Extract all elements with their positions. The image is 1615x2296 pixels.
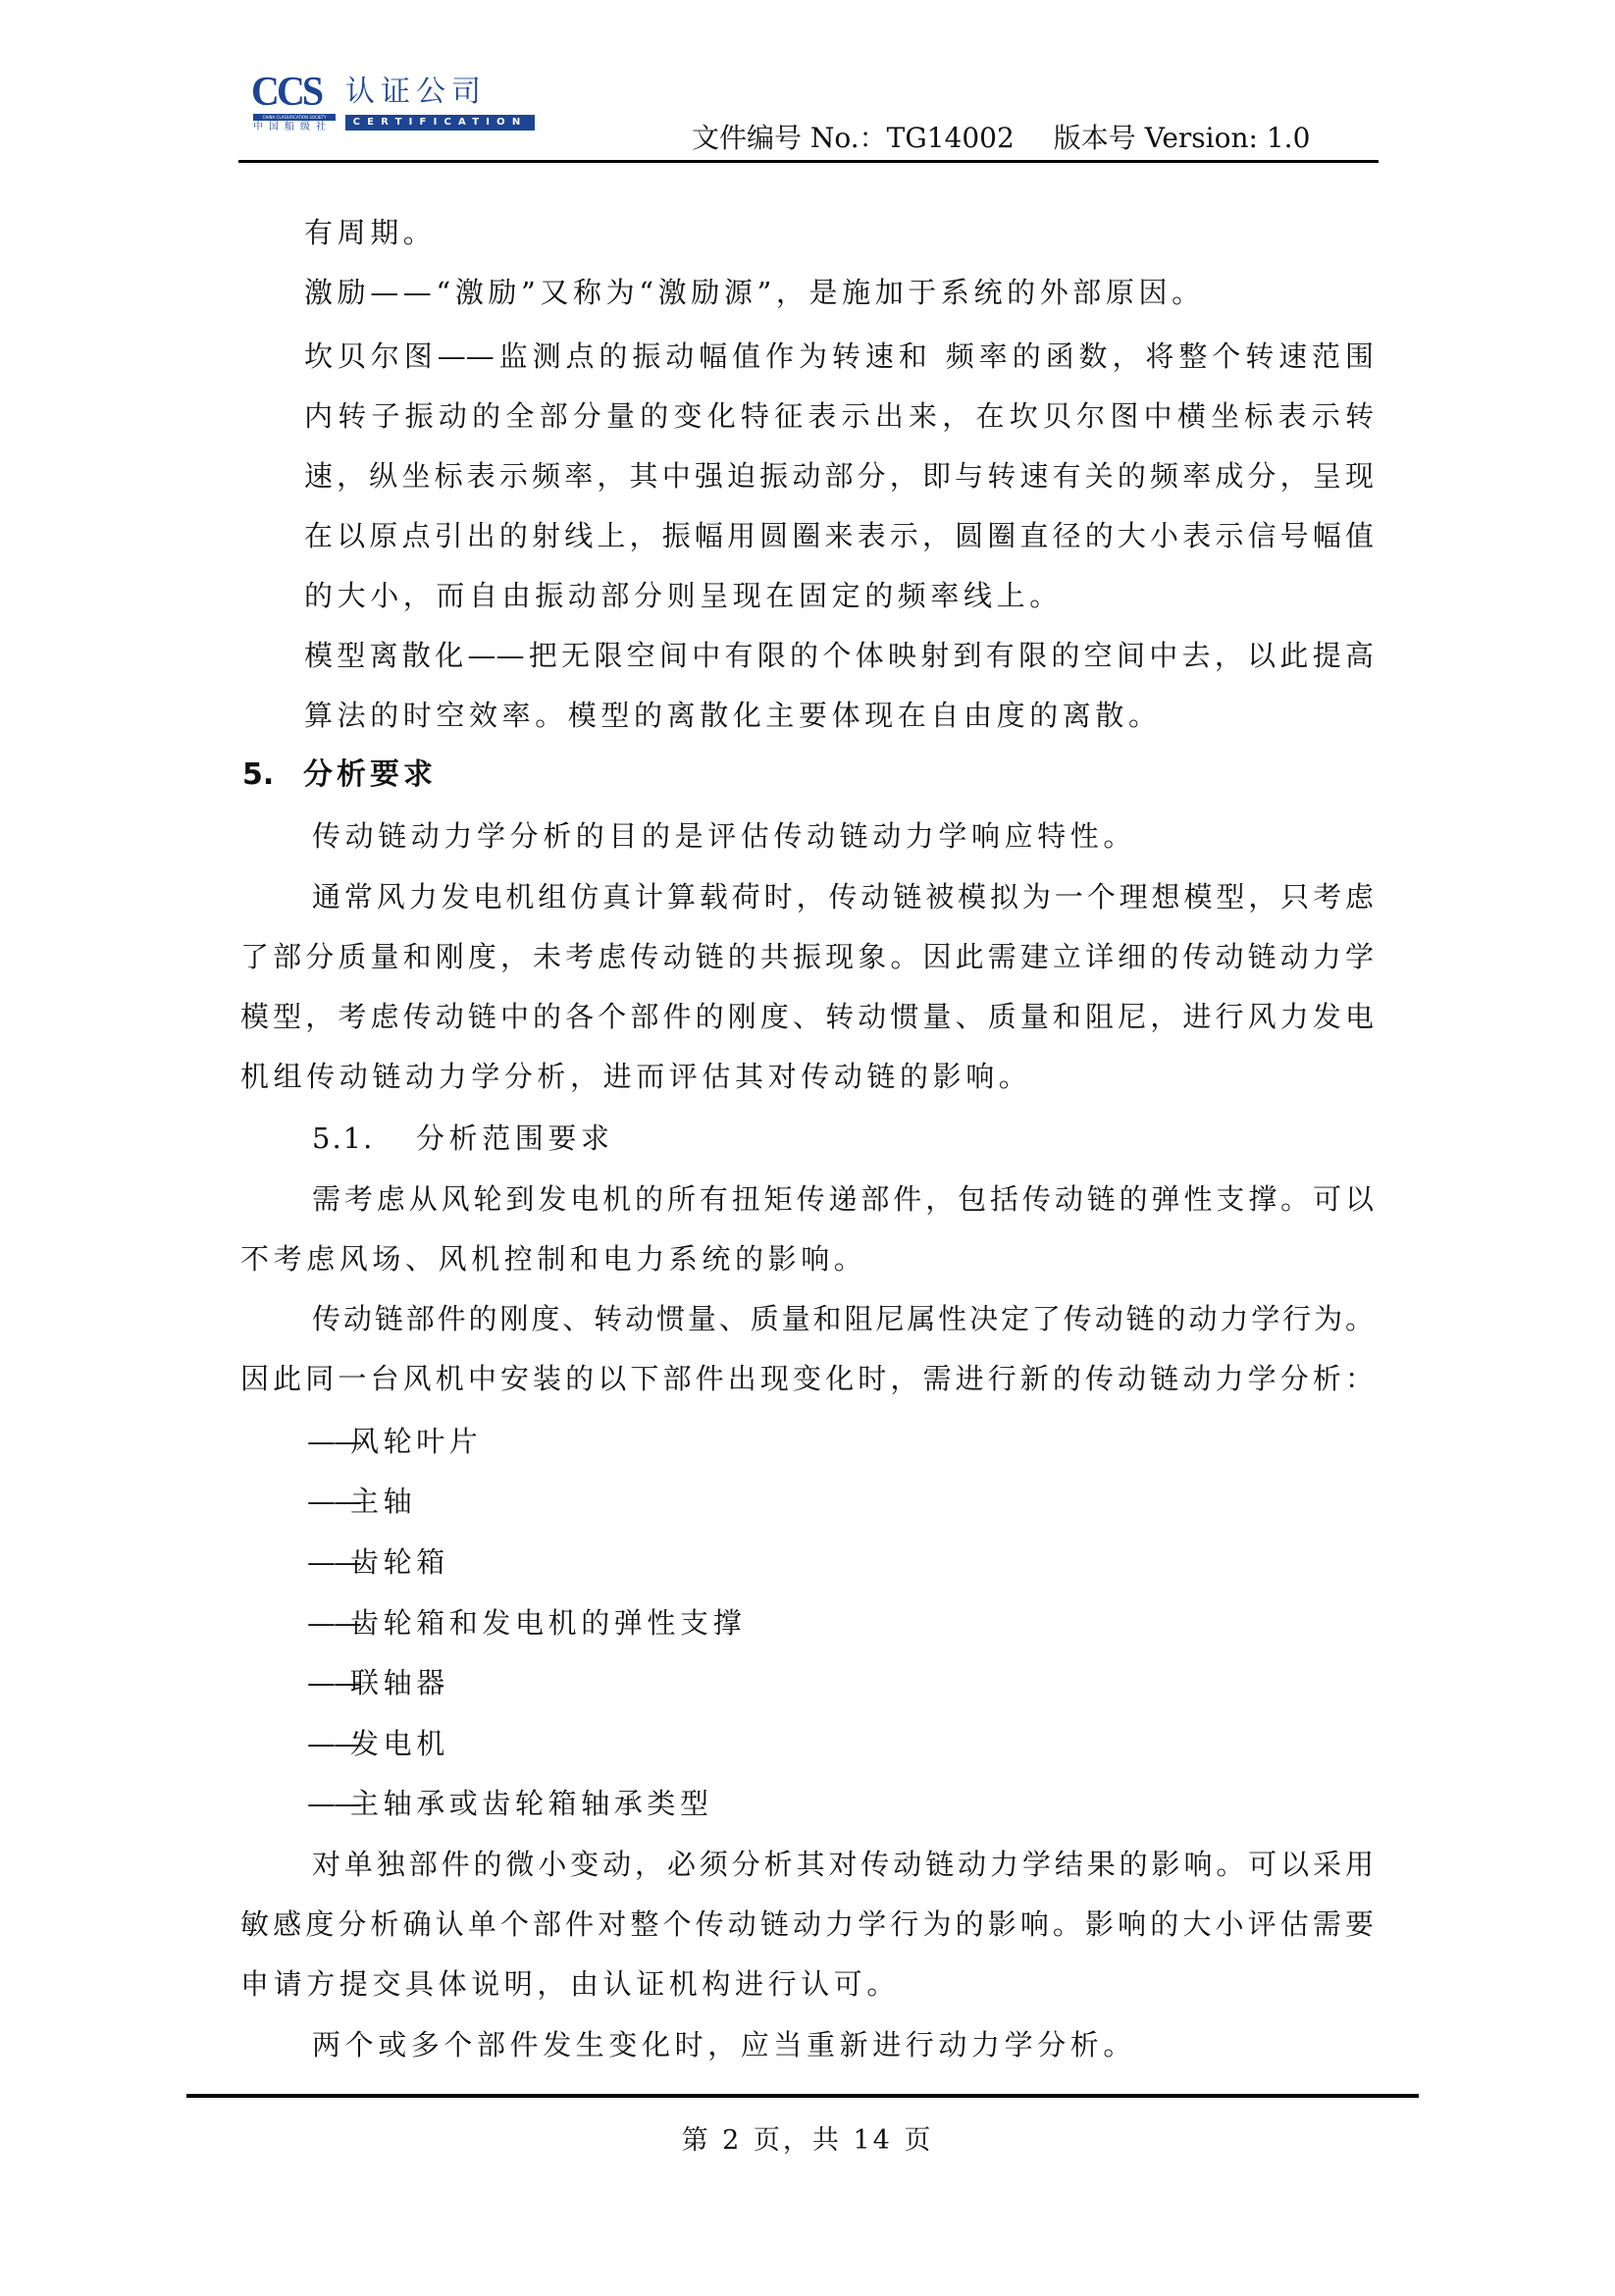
document-meta: 文件编号 No.：TG14002版本号 Version: 1.0 (692, 122, 1379, 155)
subsection-number: 5.1. (312, 1119, 416, 1158)
page-number: 第 2 页，共 14 页 (0, 2123, 1615, 2159)
paragraph-line: 有周期。 (304, 213, 436, 252)
list-item-text: 主轴承或齿轮箱轴承类型 (350, 1787, 713, 1820)
list-item-text: 发电机 (350, 1727, 449, 1760)
paragraph-line: 模型，考虑传动链中的各个部件的刚度、转动惯量、质量和阻尼，进行风力发电 (240, 997, 1374, 1036)
dash-bullet: —— (307, 1663, 350, 1702)
version-label: 版本号 Version: (1054, 122, 1258, 154)
header-divider (238, 160, 1379, 163)
dash-bullet: —— (307, 1603, 350, 1643)
dash-bullet: —— (307, 1784, 350, 1823)
list-item-text: 主轴 (350, 1485, 416, 1518)
section-5-1-heading: 5.1.分析范围要求 (312, 1119, 614, 1158)
doc-no-label: 文件编号 No.： (692, 122, 887, 154)
list-item: ——齿轮箱 (307, 1542, 449, 1582)
definition-campbell-line-3: 速，纵坐标表示频率，其中强迫振动部分，即与转速有关的频率成分，呈现 (304, 456, 1374, 496)
document-page: CCS CHINA CLASSIFICATION SOCIETY 中国船级社 认… (0, 0, 1615, 2296)
list-item: ——联轴器 (307, 1663, 449, 1702)
paragraph-line: 两个或多个部件发生变化时，应当重新进行动力学分析。 (312, 2025, 1136, 2064)
society-chinese-name: 中国船级社 (253, 122, 336, 133)
paragraph-line: 通常风力发电机组仿真计算载荷时，传动链被模拟为一个理想模型，只考虑 (312, 877, 1374, 916)
section-title: 分析要求 (303, 757, 437, 792)
definition-discretization-line-1: 模型离散化——把无限空间中有限的个体映射到有限的空间中去，以此提高 (304, 636, 1374, 675)
doc-no-value: TG14002 (887, 122, 1015, 154)
list-item: ——发电机 (307, 1724, 449, 1763)
paragraph-line: 申请方提交具体说明，由认证机构进行认可。 (240, 1964, 900, 2004)
paragraph-line: 对单独部件的微小变动，必须分析其对传动链动力学结果的影响。可以采用 (312, 1845, 1374, 1884)
paragraph-line: 不考虑风场、风机控制和电力系统的影响。 (240, 1239, 866, 1278)
paragraph-line: 机组传动链动力学分析，进而评估其对传动链的影响。 (240, 1057, 1031, 1096)
definition-campbell-line-4: 在以原点引出的射线上，振幅用圆圈来表示，圆圈直径的大小表示信号幅值 (304, 516, 1374, 555)
ccs-logo-mark: CCS (251, 75, 321, 110)
subsection-title: 分析范围要求 (416, 1122, 614, 1155)
paragraph-line: 传动链动力学分析的目的是评估传动链动力学响应特性。 (312, 816, 1136, 856)
definition-campbell-line-1: 坎贝尔图——监测点的振动幅值作为转速和 频率的函数，将整个转速范围 (304, 337, 1374, 376)
dash-bullet: —— (307, 1482, 350, 1521)
paragraph-line: 需考虑从风轮到发电机的所有扭矩传递部件，包括传动链的弹性支撑。可以 (312, 1179, 1374, 1219)
list-item-text: 齿轮箱 (350, 1545, 449, 1579)
footer-divider (186, 2094, 1419, 2098)
company-chinese-name: 认证公司 (345, 77, 487, 108)
section-number: 5. (242, 756, 303, 795)
certification-bar: CERTIFICATION (345, 115, 535, 130)
definition-campbell-line-2: 内转子振动的全部分量的变化特征表示出来，在坎贝尔图中横坐标表示转 (304, 396, 1374, 436)
paragraph-line: 因此同一台风机中安装的以下部件出现变化时，需进行新的传动链动力学分析： (240, 1359, 1374, 1398)
dash-bullet: —— (307, 1724, 350, 1763)
definition-campbell-line-5: 的大小，而自由振动部分则呈现在固定的频率线上。 (304, 576, 1063, 615)
list-item: ——齿轮箱和发电机的弹性支撑 (307, 1603, 746, 1643)
dash-bullet: —— (307, 1422, 350, 1461)
ccs-certification-logo: CCS CHINA CLASSIFICATION SOCIETY 中国船级社 认… (251, 73, 538, 135)
society-english-bar: CHINA CLASSIFICATION SOCIETY (253, 114, 336, 121)
list-item: ——主轴 (307, 1482, 416, 1521)
list-item-text: 齿轮箱和发电机的弹性支撑 (350, 1606, 746, 1640)
section-5-heading: 5.分析要求 (242, 756, 437, 795)
list-item-text: 风轮叶片 (350, 1425, 482, 1458)
dash-bullet: —— (307, 1542, 350, 1582)
list-item: ——主轴承或齿轮箱轴承类型 (307, 1784, 713, 1823)
paragraph-line: 敏感度分析确认单个部件对整个传动链动力学行为的影响。影响的大小评估需要 (240, 1905, 1374, 1944)
definition-discretization-line-2: 算法的时空效率。模型的离散化主要体现在自由度的离散。 (304, 696, 1162, 735)
paragraph-line: 了部分质量和刚度，未考虑传动链的共振现象。因此需建立详细的传动链动力学 (240, 937, 1374, 976)
definition-excitation: 激励——“激励”又称为“激励源”，是施加于系统的外部原因。 (304, 273, 1205, 312)
version-value: 1.0 (1267, 122, 1311, 154)
list-item-text: 联轴器 (350, 1666, 449, 1699)
list-item: ——风轮叶片 (307, 1422, 482, 1461)
paragraph-line: 传动链部件的刚度、转动惯量、质量和阻尼属性决定了传动链的动力学行为。 (312, 1299, 1374, 1338)
